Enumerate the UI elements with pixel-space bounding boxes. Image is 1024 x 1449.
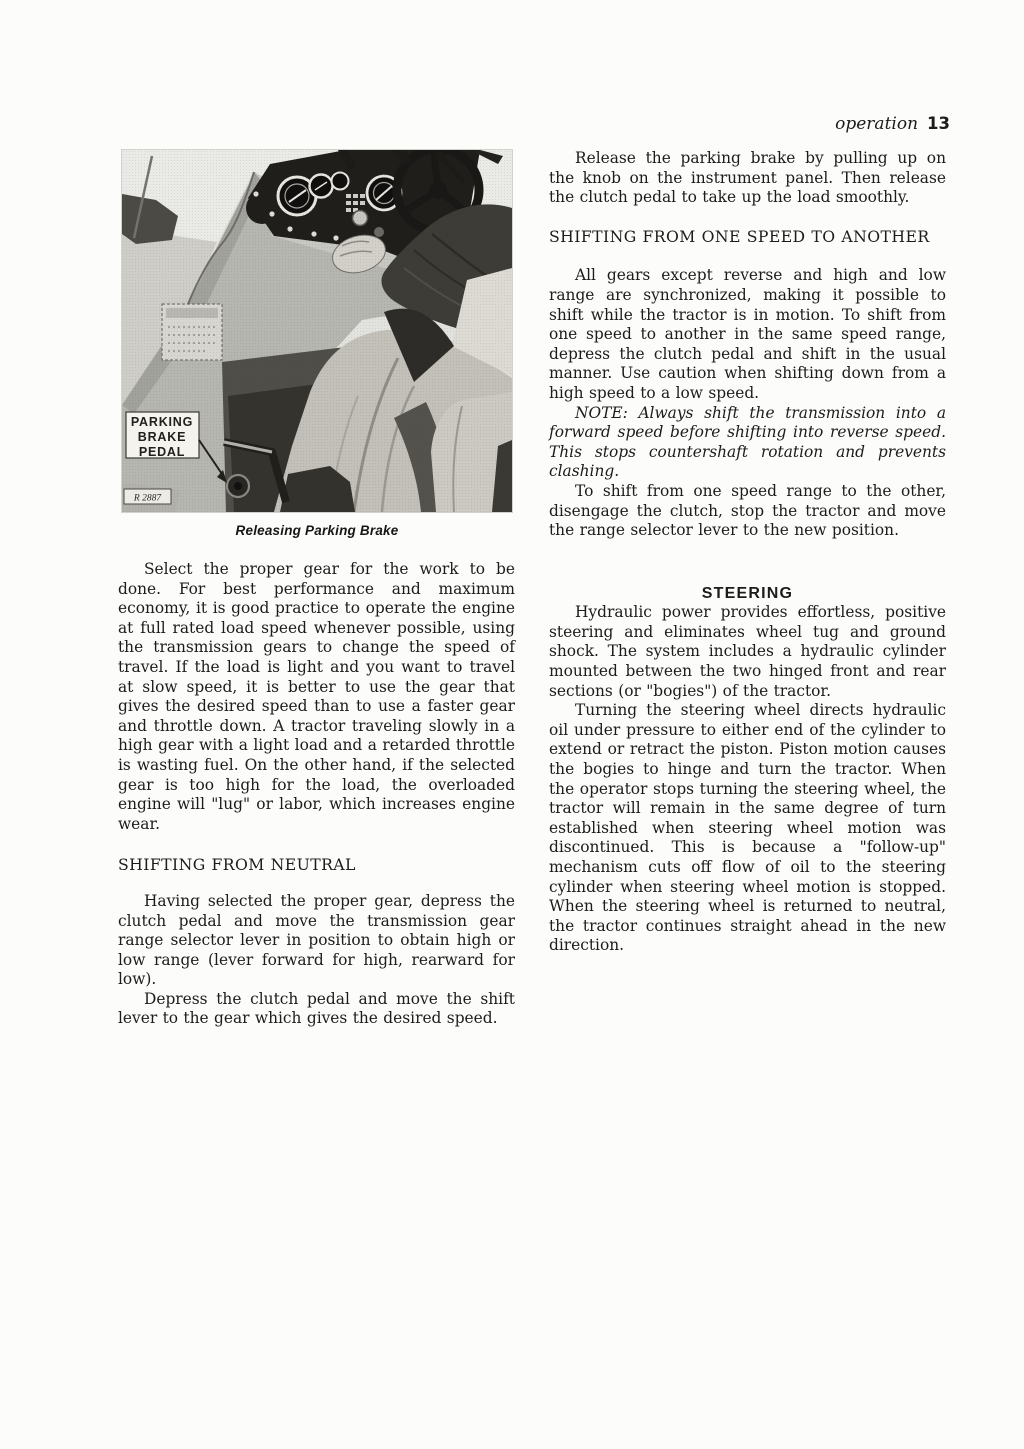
heading-shifting-one-speed-to-another: SHIFTING FROM ONE SPEED TO ANOTHER (549, 227, 946, 247)
page-number: 13 (927, 114, 950, 133)
photo-id-tag: R 2887 (124, 489, 171, 504)
paragraph-depress-clutch: Depress the clutch pedal and move the sh… (118, 990, 515, 1029)
figure-caption: Releasing Parking Brake (122, 523, 512, 538)
heading-steering: STEERING (549, 584, 946, 604)
paragraph-turning-wheel: Turning the steering wheel directs hydra… (549, 701, 946, 956)
callout-line-2: BRAKE (138, 430, 186, 444)
left-column: Select the proper gear for the work to b… (118, 560, 515, 1029)
paragraph-select-gear: Select the proper gear for the work to b… (118, 560, 515, 834)
photo-id-text: R 2887 (133, 494, 162, 504)
callout-label-parking-brake-pedal: PARKING BRAKE PEDAL (126, 412, 199, 459)
note-shift-transmission: NOTE: Always shift the transmission into… (549, 404, 946, 482)
manual-page: operation13 (0, 0, 1024, 1449)
paragraph-to-shift: To shift from one speed range to the oth… (549, 482, 946, 541)
paragraph-hydraulic-power: Hydraulic power provides effortless, pos… (549, 603, 946, 701)
paragraph-all-gears: All gears except reverse and high and lo… (549, 266, 946, 403)
paragraph-having-selected: Having selected the proper gear, depress… (118, 892, 515, 990)
running-head: operation13 (835, 114, 950, 134)
tractor-cab-photo: PARKING BRAKE PEDAL R 2887 (122, 150, 512, 512)
heading-shifting-from-neutral: SHIFTING FROM NEUTRAL (118, 855, 515, 875)
callout-line-1: PARKING (131, 415, 193, 429)
right-column: Release the parking brake by pulling up … (549, 149, 946, 956)
paragraph-release-brake: Release the parking brake by pulling up … (549, 149, 946, 208)
section-label: operation (835, 114, 918, 134)
callout-line-3: PEDAL (139, 445, 185, 459)
figure-releasing-parking-brake: PARKING BRAKE PEDAL R 2887 (122, 150, 512, 512)
